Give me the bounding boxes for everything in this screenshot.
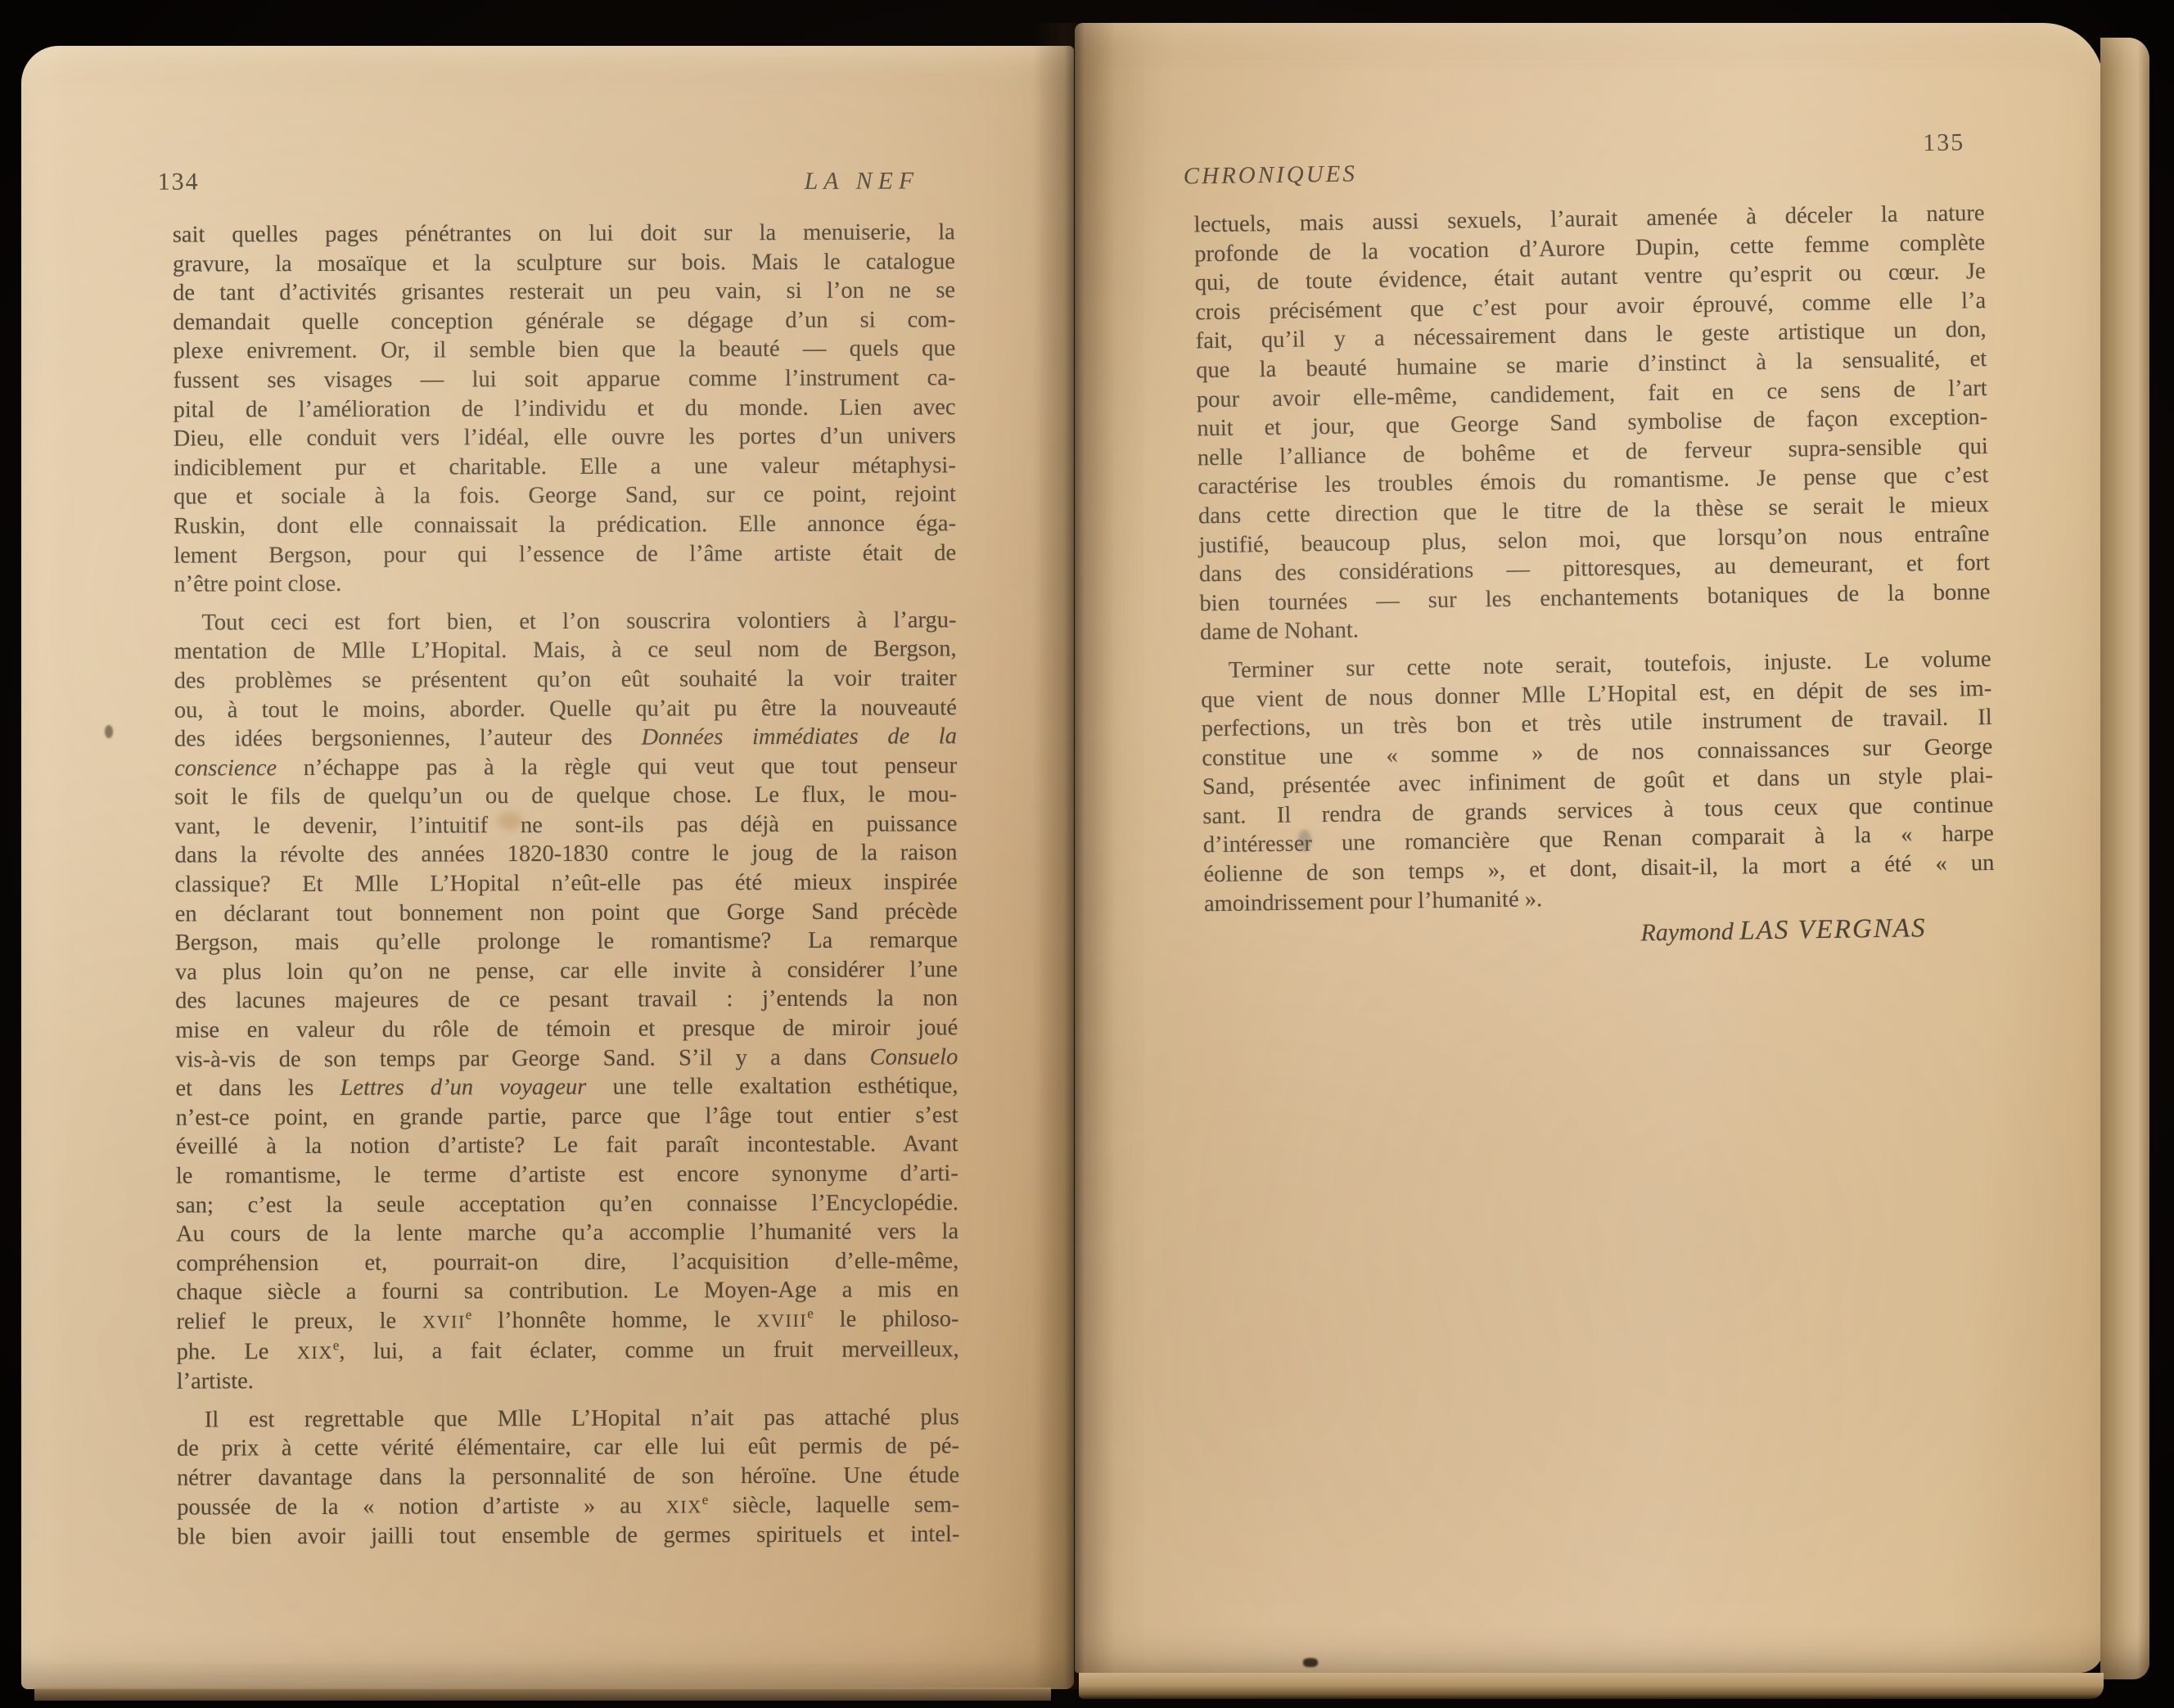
text-line: et dans les Lettres d’un voyageur une te… [175,1071,958,1103]
text-line: fussent ses visages — lui soit apparue c… [173,363,955,395]
page-right-135: CHRONIQUES 135 lectuels, mais aussi sexu… [1075,23,2104,1673]
author-given-name: Raymond [1640,918,1739,947]
text-line: conscience n’échappe pas à la règle qui … [174,751,957,783]
author-family-name: LAS VERGNAS [1739,913,1927,945]
page-left-content: 134 LA NEF sait quelles pages pénétrante… [21,44,1080,1691]
text-line: poussée de la « notion d’artiste » au xi… [177,1490,959,1523]
text-line: mentation de Mlle L’Hopital. Mais, à ce … [174,635,957,667]
text-line: n’est-ce point, en grande partie, parce … [176,1101,958,1133]
text-line: phe. Le xixe, lui, a fait éclater, comme… [177,1335,959,1368]
text-line: Tout ceci est fort bien, et l’on souscri… [174,606,956,638]
text-line: gravure, la mosaïque et la sculpture sur… [173,247,955,279]
text-line: dans la révolte des années 1820-1830 con… [174,839,957,871]
text-line: san; c’est la seule acceptation qu’en co… [176,1188,958,1220]
text-line: mise en valeur du rôle de témoin et pres… [175,1013,958,1045]
book-photo: 134 LA NEF sait quelles pages pénétrante… [0,0,2174,1708]
text-line: vant, le devenir, l’intuitif ne sont-ils… [174,809,957,841]
text-line: éveillé à la notion d’artiste? Le fait p… [176,1130,958,1162]
text-line: soit le fils de quelqu’un ou de quelque … [174,781,957,813]
running-header-right: CHRONIQUES [1184,160,1358,190]
text-line: sait quelles pages pénétrantes on lui do… [173,218,955,250]
text-line: nétrer davantage dans la personnalité de… [177,1461,959,1493]
fore-edge-pages [2100,38,2149,1679]
bottom-page-edge-left [34,1688,1051,1701]
text-line: de prix à cette vérité élémentaire, car … [177,1432,959,1464]
text-line: relief le preux, le xviie l’honnête homm… [176,1305,958,1337]
text-line: des lacunes majeures de ce pesant travai… [175,985,958,1016]
text-line: va plus loin qu’on ne pense, car elle in… [175,955,958,987]
text-line: le romantisme, le terme d’artiste est en… [176,1159,958,1191]
text-line: que et sociale à la fois. George Sand, s… [174,480,956,512]
text-line: ble bien avoir jailli tout ensemble de g… [177,1520,959,1552]
text-line: des idées bergsoniennes, l’auteur des Do… [174,722,957,754]
text-line: de tant d’activités grisantes resterait … [173,276,955,308]
text-line: compréhension et, pourrait-on dire, l’ac… [176,1246,958,1278]
text-line: classique? Et Mlle L’Hopital n’eût-elle … [175,868,958,899]
text-line: ou, à tout le moins, aborder. Quelle qu’… [174,693,957,725]
text-line: en déclarant tout bonnement non point qu… [175,897,958,929]
text-line: Ruskin, dont elle connaissait la prédica… [174,509,956,541]
text-line: demandait quelle conception générale se … [173,305,955,337]
page-number-left: 134 [158,168,200,196]
text-line: n’être point close. [174,567,956,599]
page-left-134: 134 LA NEF sait quelles pages pénétrante… [21,46,1074,1689]
right-text-column: lectuels, mais aussi sexuels, l’aurait a… [1193,199,1995,918]
text-line: indiciblement pur et charitable. Elle a … [174,451,956,483]
left-text-column: sait quelles pages pénétrantes on lui do… [173,218,960,1552]
text-line: Au cours de la lente marche qu’a accompl… [176,1217,958,1249]
text-line: des problèmes se présentent qu’on eût so… [174,664,957,696]
text-line: Dieu, elle conduit vers l’idéal, elle ou… [174,421,956,453]
page-right-content: CHRONIQUES 135 lectuels, mais aussi sexu… [1075,9,2128,1674]
text-line: chaque siècle a fourni sa contribution. … [176,1276,958,1308]
text-line: Bergson, mais qu’elle prolonge le romant… [175,926,958,958]
text-line: plexe enivrement. Or, il semble bien que… [173,335,955,367]
text-line: vis-à-vis de son temps par George Sand. … [175,1043,958,1075]
author-signature: Raymond LAS VERGNAS [1204,913,1995,954]
text-line: Il est regrettable que Mlle L’Hopital n’… [177,1403,959,1435]
bottom-page-edges-right [1079,1673,2104,1699]
running-header-left: LA NEF [805,167,920,195]
page-number-right: 135 [1923,128,1964,157]
text-line: lement Bergson, pour qui l’essence de l’… [174,539,956,570]
text-line: l’artiste. [177,1364,959,1396]
text-line: pital de l’amélioration de l’individu et… [173,393,955,425]
